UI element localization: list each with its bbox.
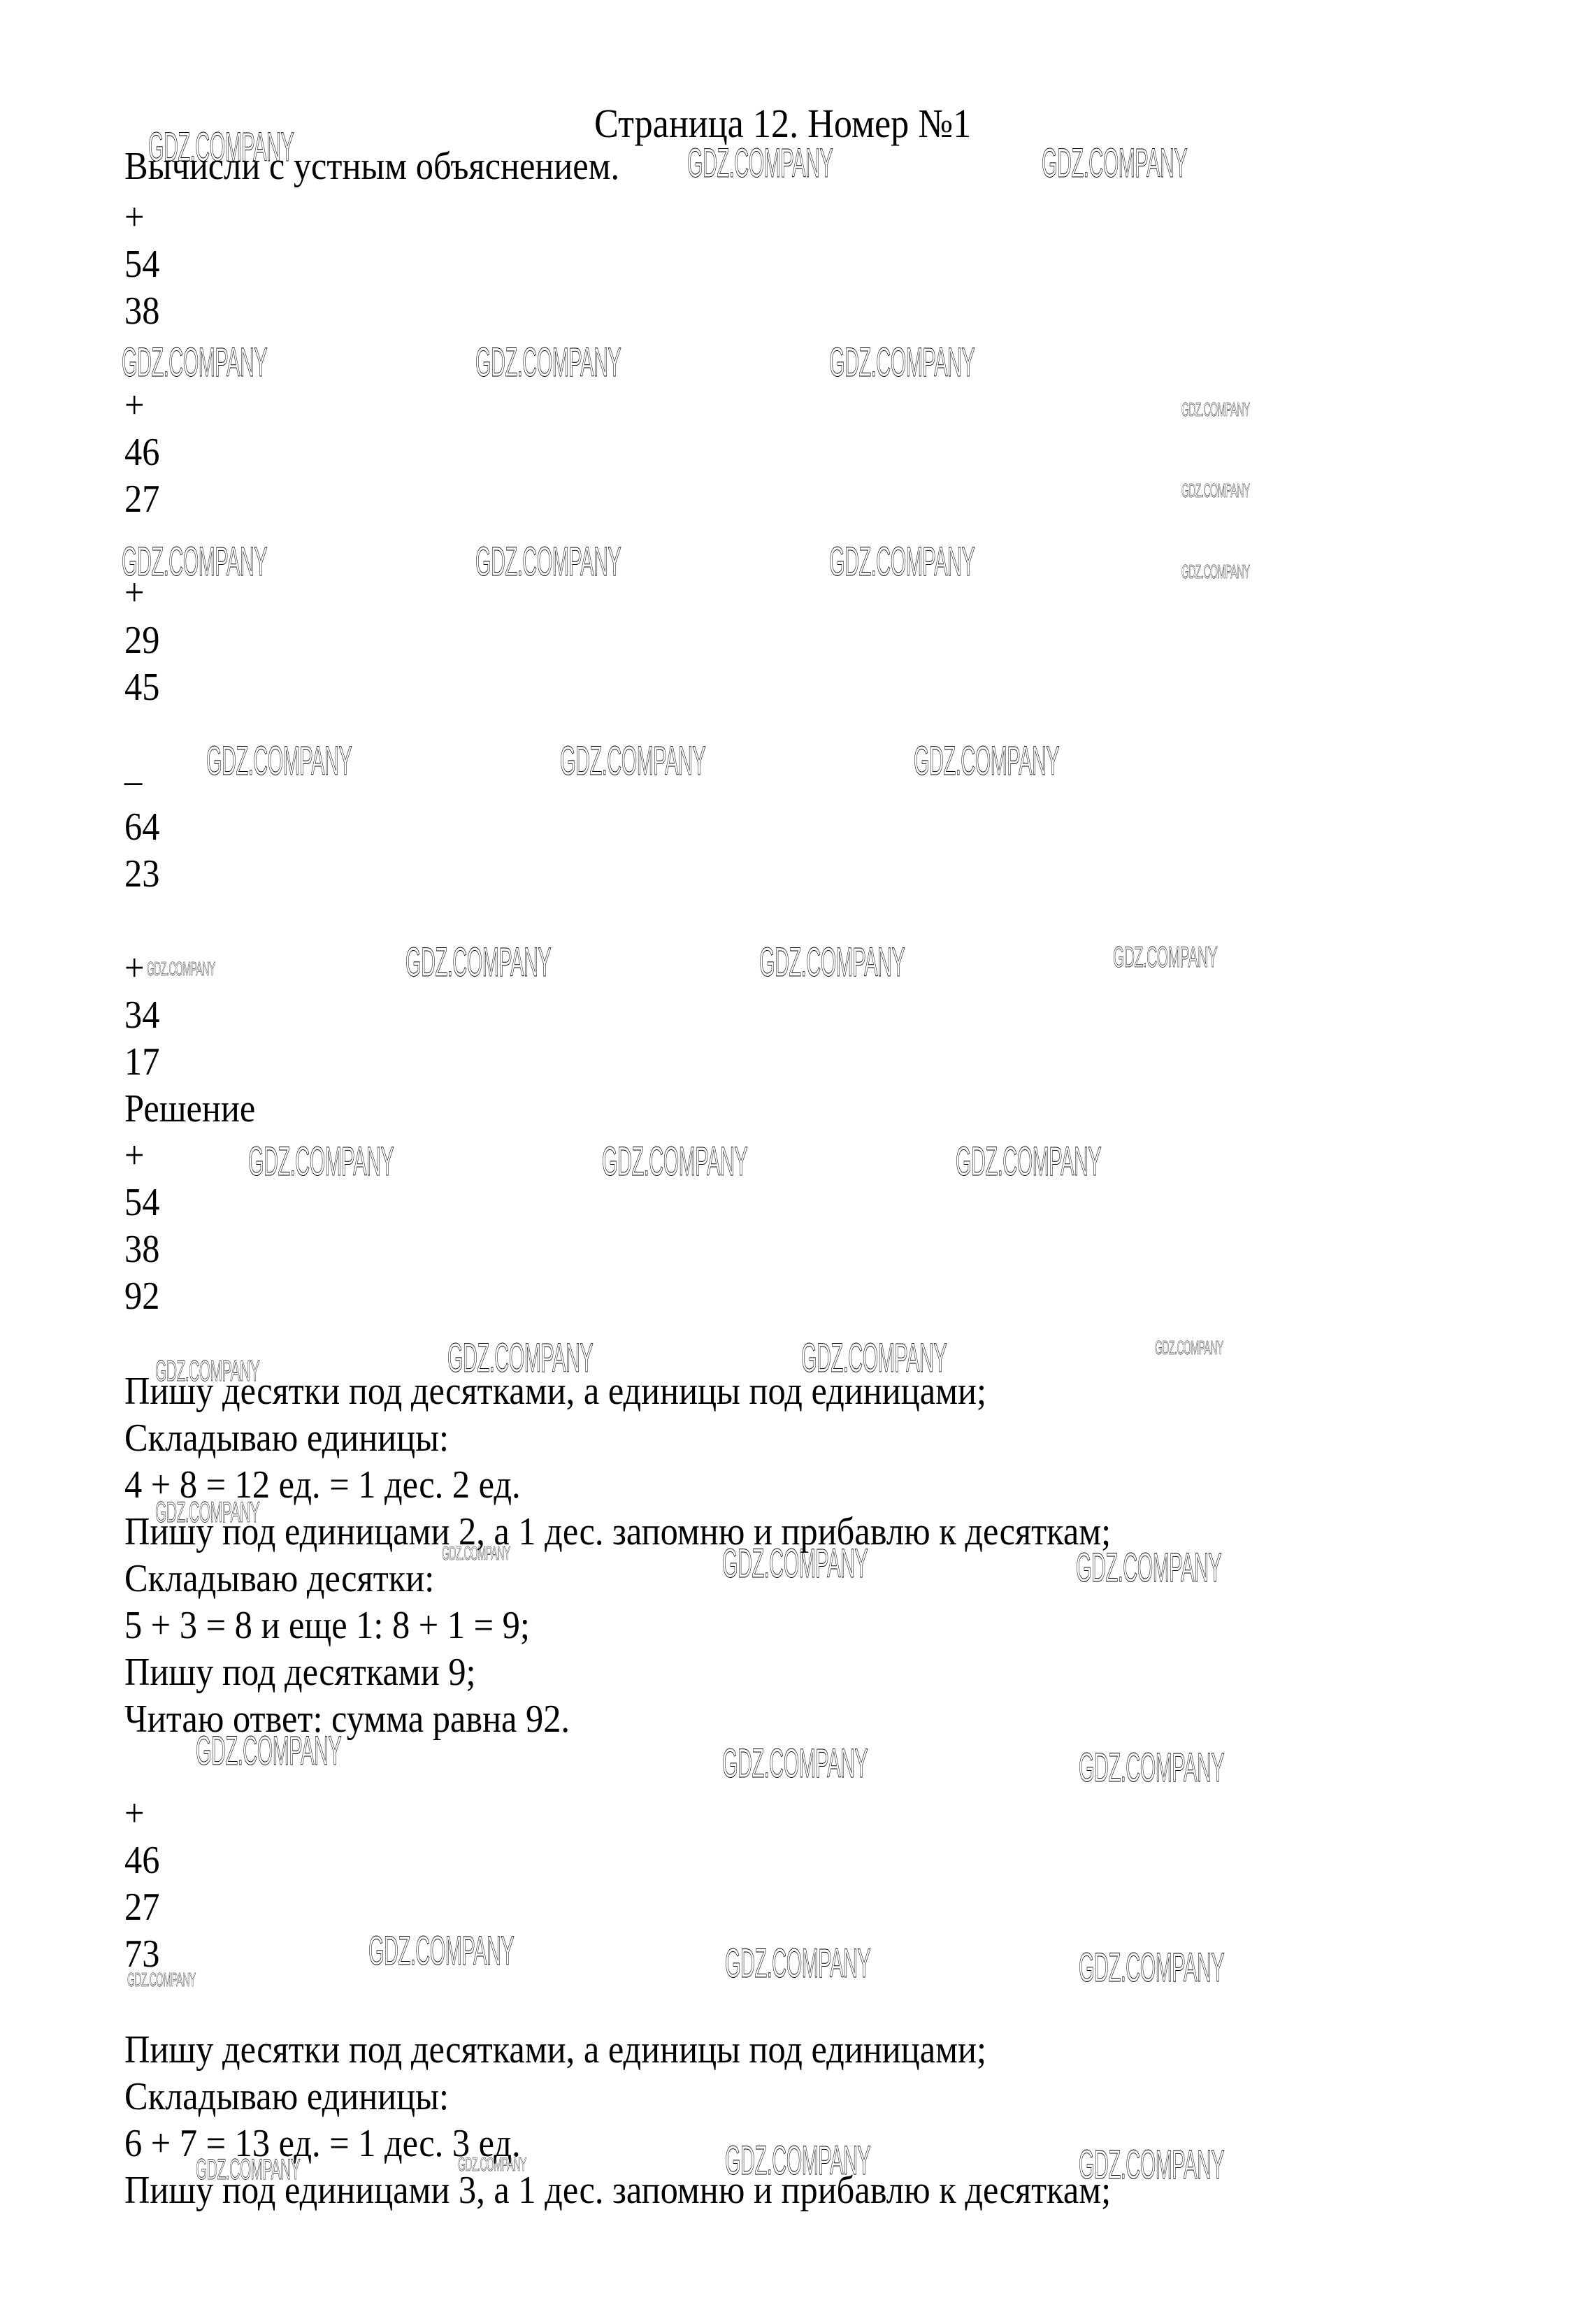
watermark: GDZ.COMPANY: [155, 1356, 259, 1386]
solution-1-step: Пишу под десятками 9;: [124, 1653, 476, 1692]
watermark: GDZ.COMPANY: [196, 1731, 341, 1772]
watermark: GDZ.COMPANY: [1079, 1948, 1224, 1988]
watermark: GDZ.COMPANY: [458, 2155, 526, 2174]
watermark: GDZ.COMPANY: [148, 127, 294, 168]
solution-2-step: Складываю единицы:: [124, 2077, 449, 2116]
problem-2-operand-a: 46: [124, 433, 159, 472]
solution-1-operand-b: 38: [124, 1230, 159, 1269]
problem-1-operand-b: 38: [124, 292, 159, 331]
watermark: GDZ.COMPANY: [475, 542, 621, 582]
watermark: GDZ.COMPANY: [447, 1338, 593, 1379]
watermark: GDZ.COMPANY: [155, 1498, 259, 1527]
solution-1-operand-a: 54: [124, 1183, 159, 1222]
watermark: GDZ.COMPANY: [687, 143, 833, 184]
solution-2-operand-a: 46: [124, 1841, 159, 1880]
watermark: GDZ.COMPANY: [1042, 143, 1187, 184]
problem-3-operand-b: 45: [124, 668, 159, 707]
solution-1-step: 5 + 3 = 8 и еще 1: 8 + 1 = 9;: [124, 1606, 530, 1645]
problem-5-operand-b: 17: [124, 1042, 159, 1082]
watermark: GDZ.COMPANY: [127, 1970, 196, 1990]
watermark: GDZ.COMPANY: [147, 959, 215, 979]
watermark: GDZ.COMPANY: [801, 1338, 947, 1379]
watermark: GDZ.COMPANY: [122, 542, 267, 582]
problem-1-operand-a: 54: [124, 245, 159, 284]
problem-1-operator: +: [124, 198, 144, 237]
watermark: GDZ.COMPANY: [1079, 2145, 1224, 2185]
solution-2-operator: +: [124, 1794, 144, 1833]
watermark: GDZ.COMPANY: [1181, 400, 1250, 419]
solution-1-operator: +: [124, 1136, 144, 1175]
solution-1-step: Складываю единицы:: [124, 1419, 449, 1458]
watermark: GDZ.COMPANY: [196, 2155, 300, 2184]
solution-2-result: 73: [124, 1934, 159, 1974]
watermark: GDZ.COMPANY: [122, 343, 267, 383]
watermark: GDZ.COMPANY: [1113, 942, 1217, 972]
page-title: Страница 12. Номер №1: [594, 103, 971, 144]
watermark: GDZ.COMPANY: [206, 741, 352, 782]
solution-heading: Решение: [124, 1089, 255, 1128]
watermark: GDZ.COMPANY: [1181, 562, 1250, 582]
solution-1-step: Складываю десятки:: [124, 1559, 434, 1598]
watermark: GDZ.COMPANY: [405, 942, 551, 983]
watermark: GDZ.COMPANY: [1079, 1748, 1224, 1788]
solution-1-result: 92: [124, 1277, 159, 1316]
watermark: GDZ.COMPANY: [914, 741, 1059, 782]
watermark: GDZ.COMPANY: [442, 1544, 510, 1563]
watermark: GDZ.COMPANY: [759, 942, 905, 983]
problem-5-operator: +: [124, 949, 144, 988]
watermark: GDZ.COMPANY: [722, 1744, 868, 1784]
watermark: GDZ.COMPANY: [1155, 1338, 1223, 1358]
solution-1-step: Читаю ответ: сумма равна 92.: [124, 1700, 570, 1739]
watermark: GDZ.COMPANY: [722, 1544, 868, 1584]
problem-3-operand-a: 29: [124, 621, 159, 660]
solution-2-step: Пишу десятки под десятками, а единицы по…: [124, 2030, 986, 2069]
problem-4-operand-b: 23: [124, 854, 159, 893]
watermark: GDZ.COMPANY: [829, 542, 975, 582]
watermark: GDZ.COMPANY: [368, 1931, 514, 1972]
problem-4-operator: _: [124, 748, 142, 787]
watermark: GDZ.COMPANY: [725, 2141, 870, 2181]
watermark: GDZ.COMPANY: [829, 343, 975, 383]
problem-4-operand-a: 64: [124, 807, 159, 847]
watermark: GDZ.COMPANY: [248, 1142, 394, 1182]
watermark: GDZ.COMPANY: [1181, 481, 1250, 501]
watermark: GDZ.COMPANY: [602, 1142, 747, 1182]
watermark: GDZ.COMPANY: [956, 1142, 1101, 1182]
watermark: GDZ.COMPANY: [725, 1944, 870, 1984]
problem-2-operator: +: [124, 386, 144, 425]
watermark: GDZ.COMPANY: [475, 343, 621, 383]
solution-2-operand-b: 27: [124, 1888, 159, 1927]
problem-5-operand-a: 34: [124, 996, 159, 1035]
problem-2-operand-b: 27: [124, 480, 159, 519]
watermark: GDZ.COMPANY: [1076, 1548, 1221, 1588]
solution-1-step: Пишу под единицами 2, а 1 дес. запомню и…: [124, 1512, 1111, 1551]
watermark: GDZ.COMPANY: [560, 741, 705, 782]
